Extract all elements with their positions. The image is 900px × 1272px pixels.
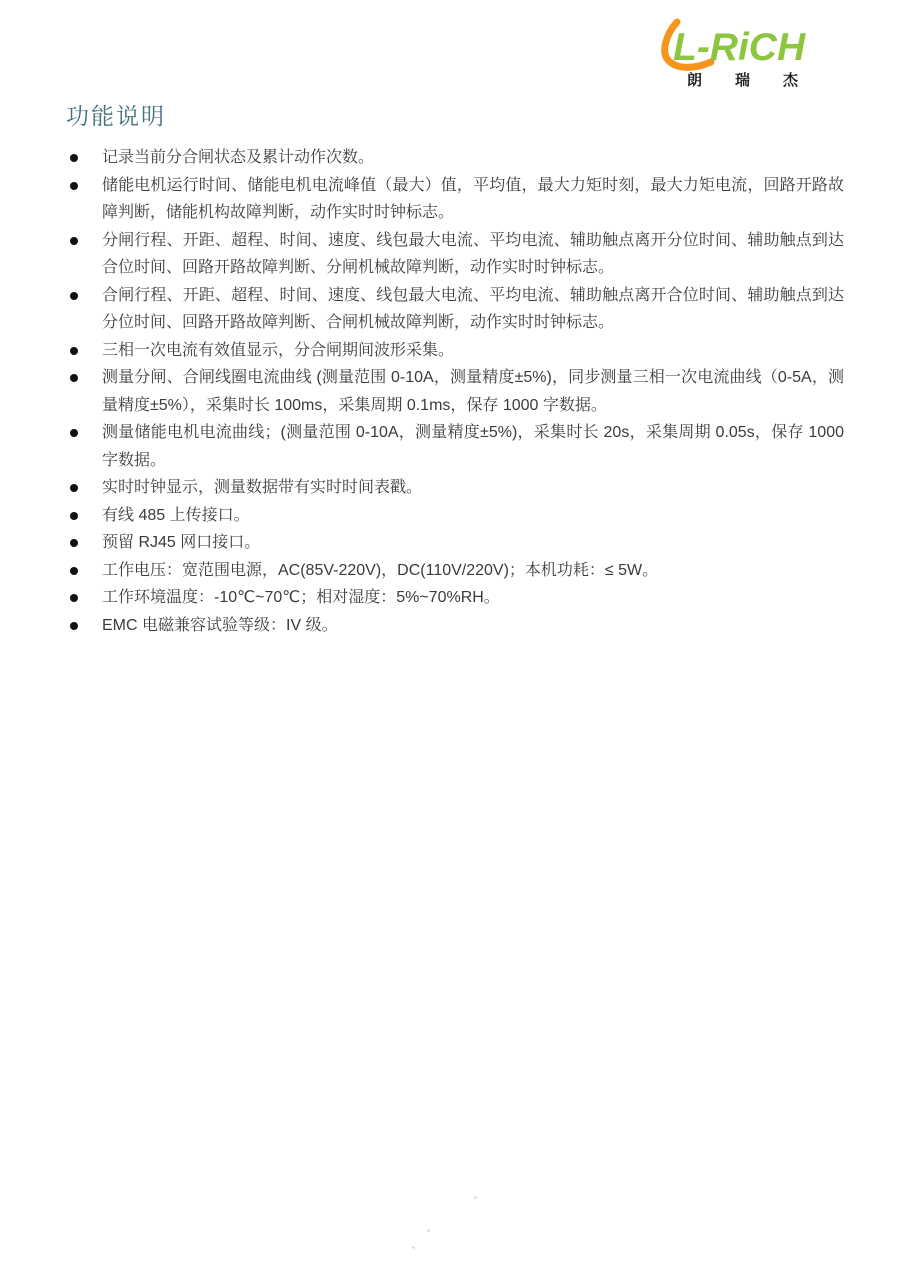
logo-graphic: L-RiCH 朗瑞杰 [659, 14, 834, 94]
feature-item: 工作环境温度：-10℃~70℃；相对湿度：5%~70%RH。 [66, 584, 844, 612]
scan-artifact [412, 1246, 415, 1249]
bullet-icon [70, 539, 78, 547]
logo-subtext: 朗瑞杰 [687, 71, 831, 89]
feature-item: 储能电机运行时间、储能电机电流峰值（最大）值，平均值，最大力矩时刻，最大力矩电流… [66, 172, 844, 227]
bullet-icon [70, 512, 78, 520]
feature-text: 预留 RJ45 网口接口。 [102, 534, 260, 551]
logo-brand-text: L-RiCH [673, 26, 806, 69]
feature-text: EMC 电磁兼容试验等级：IV 级。 [102, 617, 338, 634]
feature-list: 记录当前分合闸状态及累计动作次数。 储能电机运行时间、储能电机电流峰值（最大）值… [66, 144, 844, 639]
feature-item: 测量分闸、合闸线圈电流曲线 (测量范围 0-10A，测量精度±5%)，同步测量三… [66, 364, 844, 419]
feature-text: 储能电机运行时间、储能电机电流峰值（最大）值，平均值，最大力矩时刻，最大力矩电流… [102, 177, 844, 222]
feature-item: 预留 RJ45 网口接口。 [66, 529, 844, 557]
feature-item: 有线 485 上传接口。 [66, 502, 844, 530]
feature-item: 合闸行程、开距、超程、时间、速度、线包最大电流、平均电流、辅助触点离开合位时间、… [66, 282, 844, 337]
scan-artifact [427, 1229, 430, 1232]
bullet-icon [70, 594, 78, 602]
bullet-icon [70, 292, 78, 300]
feature-text: 有线 485 上传接口。 [102, 507, 250, 524]
feature-item: EMC 电磁兼容试验等级：IV 级。 [66, 612, 844, 640]
feature-text: 测量储能电机电流曲线；(测量范围 0-10A，测量精度±5%)，采集时长 20s… [102, 424, 844, 469]
feature-text: 工作环境温度：-10℃~70℃；相对湿度：5%~70%RH。 [102, 589, 500, 606]
bullet-icon [70, 567, 78, 575]
brand-logo: L-RiCH 朗瑞杰 [659, 14, 834, 94]
bullet-icon [70, 237, 78, 245]
bullet-icon [70, 374, 78, 382]
bullet-icon [70, 182, 78, 190]
feature-item: 三相一次电流有效值显示，分合闸期间波形采集。 [66, 337, 844, 365]
bullet-icon [70, 347, 78, 355]
feature-item: 分闸行程、开距、超程、时间、速度、线包最大电流、平均电流、辅助触点离开分位时间、… [66, 227, 844, 282]
feature-text: 分闸行程、开距、超程、时间、速度、线包最大电流、平均电流、辅助触点离开分位时间、… [102, 232, 844, 277]
bullet-icon [70, 622, 78, 630]
feature-text: 工作电压：宽范围电源，AC(85V-220V)，DC(110V/220V)；本机… [102, 562, 658, 579]
bullet-icon [70, 154, 78, 162]
feature-item: 实时时钟显示，测量数据带有实时时间表戳。 [66, 474, 844, 502]
feature-item: 记录当前分合闸状态及累计动作次数。 [66, 144, 844, 172]
document-page: L-RiCH 朗瑞杰 功能说明 记录当前分合闸状态及累计动作次数。 储能电机运行… [0, 0, 900, 1272]
feature-text: 合闸行程、开距、超程、时间、速度、线包最大电流、平均电流、辅助触点离开合位时间、… [102, 287, 844, 332]
feature-text: 记录当前分合闸状态及累计动作次数。 [102, 149, 374, 166]
page-title: 功能说明 [66, 98, 166, 131]
bullet-icon [70, 429, 78, 437]
feature-item: 测量储能电机电流曲线；(测量范围 0-10A，测量精度±5%)，采集时长 20s… [66, 419, 844, 474]
scan-artifact [474, 1196, 477, 1199]
bullet-icon [70, 484, 78, 492]
feature-text: 实时时钟显示，测量数据带有实时时间表戳。 [102, 479, 422, 496]
feature-text: 测量分闸、合闸线圈电流曲线 (测量范围 0-10A，测量精度±5%)，同步测量三… [102, 369, 844, 414]
feature-text: 三相一次电流有效值显示，分合闸期间波形采集。 [102, 342, 454, 359]
feature-item: 工作电压：宽范围电源，AC(85V-220V)，DC(110V/220V)；本机… [66, 557, 844, 585]
